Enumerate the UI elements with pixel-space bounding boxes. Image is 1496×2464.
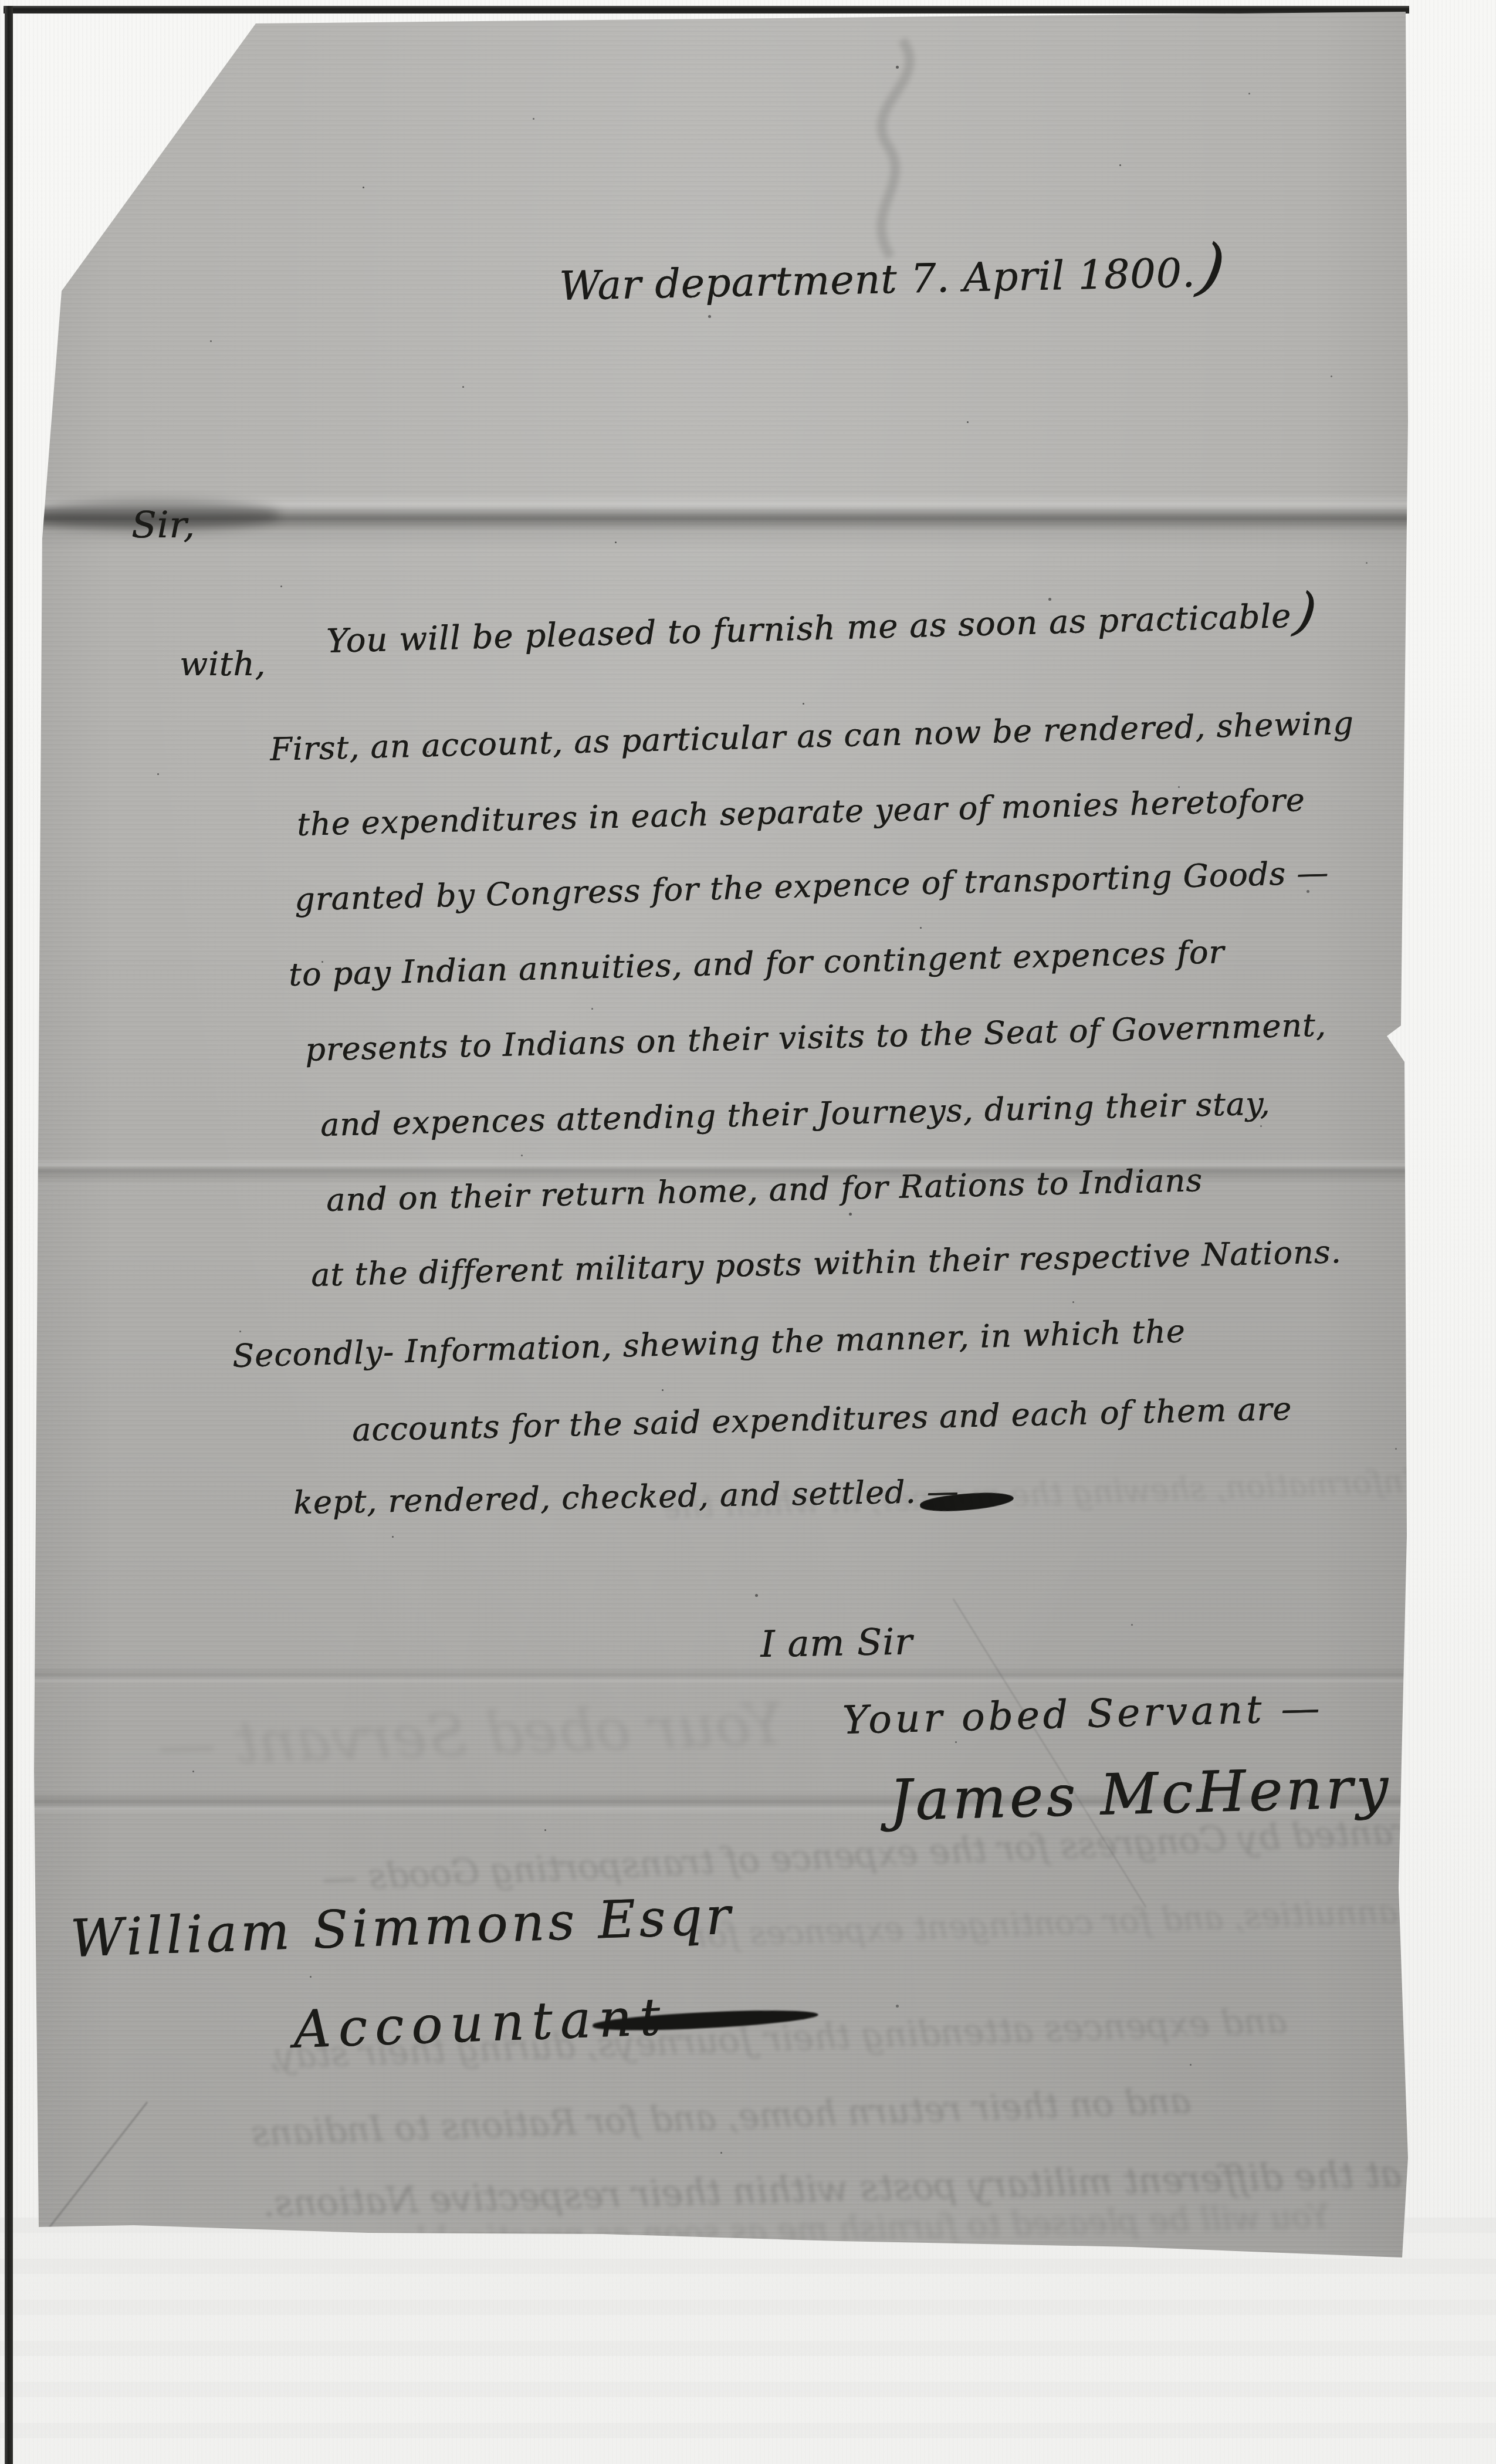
- body-text: at the different military posts within t…: [310, 1233, 1342, 1294]
- ghost-text: to pay Indian annuities, and for conting…: [691, 1884, 1496, 1955]
- ghost-text: at the different military posts within t…: [262, 2152, 1402, 2225]
- body-text: presents to Indians on their visits to t…: [304, 1006, 1326, 1068]
- closing-line-1: I am Sir: [760, 1620, 913, 1666]
- body-text: accounts for the said expenditures and e…: [351, 1390, 1292, 1448]
- diagonal-crease-signature-area: [953, 1599, 1146, 1908]
- body-line: the expenditures in each separate year o…: [296, 781, 1305, 843]
- heading-flourish: ): [1194, 229, 1230, 306]
- body-line: First, an account, as particular as can …: [269, 705, 1354, 768]
- heading-dateline: War department 7. April 1800.): [559, 226, 1226, 315]
- body-text: You will be pleased to furnish me as soo…: [326, 597, 1291, 661]
- body-line: and expences attending their Journeys, d…: [320, 1085, 1271, 1143]
- heading-text: War department 7. April 1800.: [559, 250, 1196, 310]
- scanned-letter-page: War department 7. April 1800.) Sir, You …: [0, 0, 1496, 2464]
- bleed-through-text: Your obed Servant —: [156, 1689, 785, 1779]
- signature-text: James McHenry: [889, 1755, 1393, 1833]
- body-line: kept, rendered, checked, and settled. —: [293, 1473, 959, 1521]
- salutation: Sir,: [131, 503, 195, 546]
- body-intro-line-1: You will be pleased to furnish me as soo…: [326, 578, 1318, 665]
- body-line: granted by Congress for the expence of t…: [294, 854, 1329, 918]
- closing-text: I am Sir: [760, 1620, 913, 1666]
- body-line: Secondly- Information, shewing the manne…: [232, 1312, 1186, 1375]
- body-line: accounts for the said expenditures and e…: [351, 1390, 1292, 1448]
- salutation-text: Sir,: [131, 503, 195, 546]
- bleed-through-text: and on their return home, and for Ration…: [251, 2080, 1192, 2154]
- body-text: granted by Congress for the expence of t…: [294, 854, 1329, 918]
- bleed-through-text: at the different military posts within t…: [262, 2152, 1402, 2225]
- bleed-through-text: to pay Indian annuities, and for conting…: [691, 1884, 1496, 1955]
- scanner-edge-left: [5, 6, 13, 2464]
- body-line: to pay Indian annuities, and for conting…: [288, 933, 1224, 993]
- body-text: to pay Indian annuities, and for conting…: [288, 933, 1224, 993]
- body-line: presents to Indians on their visits to t…: [304, 1006, 1326, 1068]
- scanner-edge-top: [4, 6, 1409, 13]
- body-text: First, an account, as particular as can …: [269, 705, 1354, 768]
- intro-flourish: ): [1291, 581, 1321, 644]
- ghost-text: Your obed Servant —: [156, 1689, 785, 1779]
- body-intro-line-2: with,: [180, 645, 266, 683]
- body-text: kept, rendered, checked, and settled. —: [293, 1473, 959, 1521]
- body-text: and expences attending their Journeys, d…: [320, 1085, 1271, 1143]
- body-line: at the different military posts within t…: [310, 1233, 1342, 1294]
- address-text: William Simmons Esqr: [69, 1886, 735, 1969]
- body-text: the expenditures in each separate year o…: [296, 781, 1305, 843]
- body-text: Secondly- Information, shewing the manne…: [232, 1312, 1186, 1375]
- fold-crease-3: [16, 1666, 1409, 1685]
- signature: James McHenry: [889, 1755, 1393, 1833]
- closing-text: Your obed Servant —: [842, 1685, 1324, 1743]
- ghost-text: and on their return home, and for Ration…: [251, 2080, 1192, 2154]
- letter-paper: War department 7. April 1800.) Sir, You …: [16, 11, 1409, 2266]
- address-line-1: William Simmons Esqr: [69, 1886, 735, 1969]
- closing-line-2: Your obed Servant —: [842, 1685, 1324, 1743]
- scanner-backing-bands: [0, 2218, 1496, 2464]
- body-text: with,: [180, 645, 266, 683]
